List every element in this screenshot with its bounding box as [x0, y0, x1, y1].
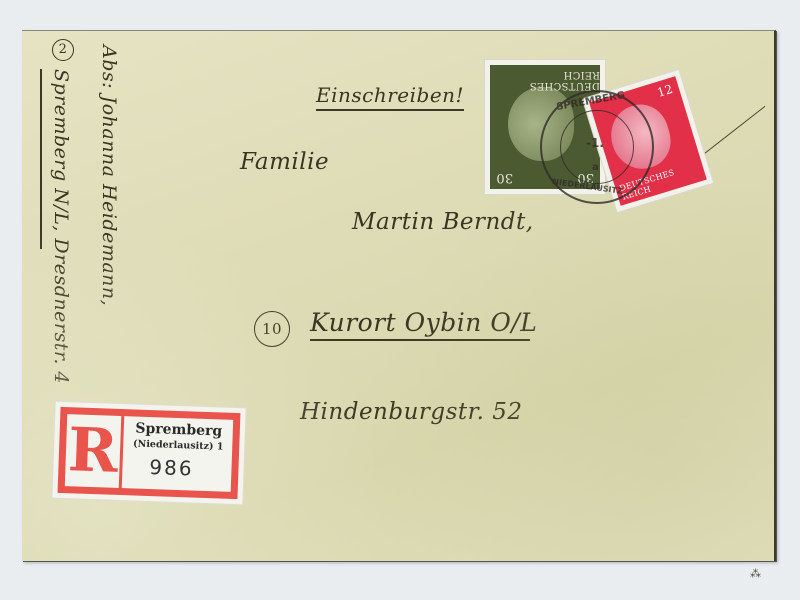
sender-circled-number: 2: [52, 39, 74, 61]
stamp-green-value-left: 30: [496, 170, 513, 185]
stamp-red-value: 12: [655, 82, 674, 100]
postmark: SPREMBERG -1. a NIEDERLAUSITZ: [540, 90, 654, 204]
registration-label: R Spremberg (Niederlausitz) 1 986: [52, 402, 245, 505]
stamp-green-country: DEUTSCHES REICH: [498, 69, 600, 91]
sender-underline: [40, 69, 42, 249]
sender-line-name: Abs: Johanna Heidemann,: [98, 45, 120, 306]
recipient-line1: Familie: [240, 149, 329, 175]
recipient-street: Hindenburgstr. 52: [300, 399, 523, 425]
registration-number: 986: [131, 454, 212, 481]
envelope-crack: [702, 106, 766, 156]
recipient-city: Kurort Oybin O/L: [310, 308, 530, 341]
postmark-letter: a: [592, 162, 599, 173]
recipient-name: Martin Berndt,: [352, 209, 534, 235]
sender-line-address: Spremberg N/L, Dresdnerstr. 4: [50, 69, 72, 384]
postmark-middle: -1.: [586, 136, 604, 150]
registration-R: R: [65, 414, 124, 488]
registered-instruction: Einschreiben!: [316, 83, 464, 111]
corner-mark: ⁂: [750, 567, 761, 580]
postal-zone-circle: 10: [254, 311, 290, 347]
